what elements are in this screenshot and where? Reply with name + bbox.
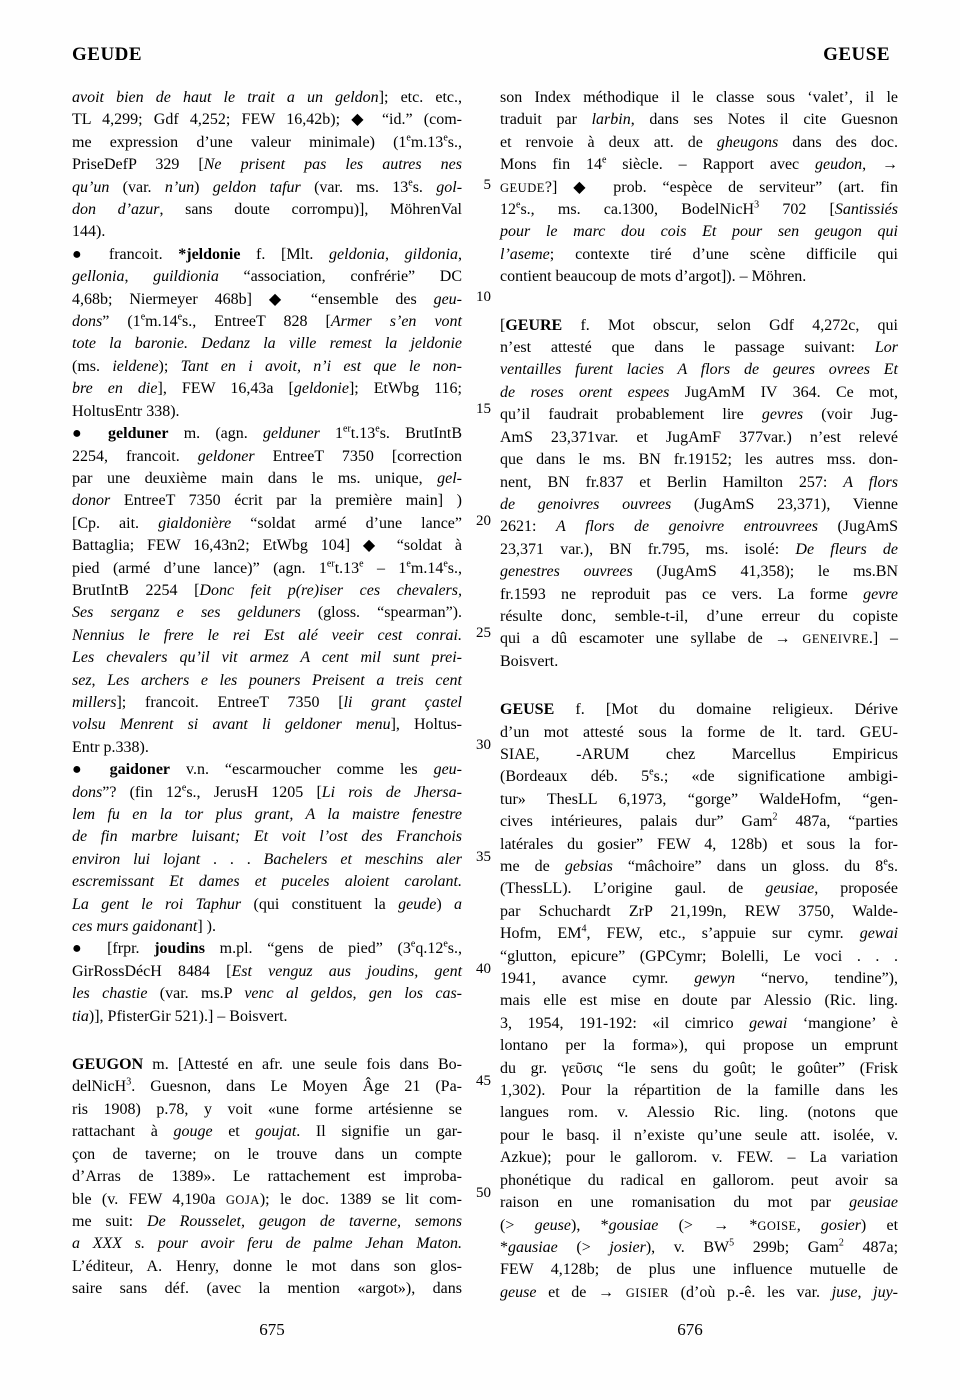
text-line: 1941, avance cymr. gewyn “nervo, tendine… [500,968,898,990]
text-line: (Bordeaux déb. 5es.; «de significatione … [500,766,898,788]
text-line: genestres ouvrees (JugAmS 41,358); le ms… [500,561,898,583]
geugon-entry: GEUGON m. [Attesté en afr. une seule foi… [72,1054,462,1300]
text-line: 4,68b; Niermeyer 468b] ◆ “ensemble des g… [72,289,462,311]
text-line: me suit: De Rousselet, geugon de taverne… [72,1211,462,1233]
text-line: escremissant Et dames et puceles aloient… [72,871,462,893]
text-line: GEUDE?] ◆ prob. “espèce de serviteur” (a… [500,177,898,199]
text-line: Mons fin 14e siècle. – Rapport avec geud… [500,154,898,176]
running-head-left: GEUDE [72,44,142,66]
text-line: 1,302). Pour la répartition de la famill… [500,1080,898,1102]
joudins-subentry: ● [frpr. joudins m.pl. “gens de pied” (3… [72,938,462,1028]
gutter-line-number: 30 [476,737,491,754]
text-line: lem fu en la tor plus grant, A la maistr… [72,804,462,826]
text-line: saire sans déf. (avec la mention «argot»… [72,1278,462,1300]
text-line: Hofm, EM4, FEW, etc., s’appuie sur cymr.… [500,923,898,945]
text-line: sez, Les archers e les pouners Preisent … [72,670,462,692]
gutter-line-number: 40 [476,961,491,978]
gelduner-subentry: ● gelduner m. (agn. gelduner 1ert.13es. … [72,423,462,759]
text-line: de genoivres ouvrees (JugAmS 23,371), Vi… [500,494,898,516]
text-line: HoltusEntr 338). [72,401,462,423]
text-line: bre en die], FEW 16,43a [geldonie]; EtWb… [72,378,462,400]
text-line: Boisvert. [500,651,898,673]
text-line: 2621: A flors de genoivre entrouvrees (J… [500,516,898,538]
line-number-gutter: 5101520253035404550 [452,0,491,1400]
text-line: BrutIntB 2254 [Donc feit p(re)iser ces c… [72,580,462,602]
text-line: delNicH3. Guesnon, dans Le Moyen Âge 21 … [72,1076,462,1098]
text-line: d’Arras de 1389». Le rattachement est im… [72,1166,462,1188]
text-line: me de gebsias “mâchoire” dans un gloss. … [500,856,898,878]
geure-entry: [GEURE f. Mot obscur, selon Gdf 4,272c, … [500,315,898,674]
text-line: tur» ThesLL 6,1973, “gorge” WaldeHofm, “… [500,789,898,811]
text-line: tote la baronie. Dedanz la ville remest … [72,333,462,355]
gutter-line-number: 5 [484,177,492,194]
text-line: GirRossDécH 8484 [Est venguz aus joudins… [72,961,462,983]
text-line: environ lui lojant . . . Bachelers et me… [72,849,462,871]
text-line: geuse et de → GISIER (d’où p.-ê. les var… [500,1282,898,1304]
column-left: avoit bien de haut le trait a un geldon]… [72,87,462,1301]
text-line: rattachant à gouge et goujat. Il signifi… [72,1121,462,1143]
text-line: 2254, francoit. geldoner EntreeT 7350 [c… [72,446,462,468]
gutter-line-number: 50 [476,1185,491,1202]
text-line: (ThessLL). L’origine gaul. de geusiae, p… [500,878,898,900]
text-line: ble (v. FEW 4,190a GOJA); le doc. 1389 s… [72,1189,462,1211]
text-line: langues rom. v. Alessio Ric. ling. (noto… [500,1102,898,1124]
text-line: ● gelduner m. (agn. gelduner 1ert.13es. … [72,423,462,445]
text-line: résulte donc, semble-t-il, d’une erreur … [500,606,898,628]
text-line: ces murs gaidonant] ). [72,916,462,938]
text-line: par une deuxième main dans le ms. unique… [72,468,462,490]
text-line: fr.1593 ne reproduit pas ce vers. La for… [500,584,898,606]
text-line: don d’azur, sans doute corrompu)], Möhre… [72,199,462,221]
text-line: (> geuse), *gousiae (> → *GOISE, gosier)… [500,1215,898,1237]
text-line: ris 1908) p.78, y voit «une forme artési… [72,1099,462,1121]
text-line: tia)], PfisterGir 521).] – Boisvert. [72,1006,462,1028]
running-head-right: GEUSE [823,44,890,66]
geugon-entry-continuation: son Index méthodique il le classe sous ‘… [500,87,898,289]
text-line: FEW 4,128b; de plus une influence mutuel… [500,1259,898,1281]
text-line: que dans le ms. BN fr.19152; les autres … [500,449,898,471]
text-line: pour le marc dou cois Et pour sen geugon… [500,221,898,243]
text-line: et renvoie à deux att. de gheugons dans … [500,132,898,154]
text-line: 23,371 var.), BN fr.795, ms. isolé: De f… [500,539,898,561]
column-right: son Index méthodique il le classe sous ‘… [500,87,898,1304]
text-line: Ses serganz e ses gelduners (gloss. “spe… [72,602,462,624]
text-line: ● gaidoner v.n. “escarmoucher comme les … [72,759,462,781]
text-line: Battaglia; FEW 16,43n2; EtWbg 104] ◆ “so… [72,535,462,557]
text-line: donor EntreeT 7350 écrit par la première… [72,490,462,512]
gutter-line-number: 25 [476,625,491,642]
page-number-right: 676 [658,1320,722,1340]
text-line: 3, 1954, 191-192: «il cimrico gewai ‘man… [500,1013,898,1035]
text-line: qu’un (var. n’un) geldon tafur (var. ms.… [72,177,462,199]
text-line: d’un mot attesté sous la forme de lt. ta… [500,722,898,744]
text-line: son Index méthodique il le classe sous ‘… [500,87,898,109]
text-line: L’éditeur, A. Henry, donne le mot dans s… [72,1256,462,1278]
text-line: dons”? (fin 12es., JerusH 1205 [Li rois … [72,782,462,804]
text-line: ventailles furent lacies A flors de geur… [500,359,898,381]
text-line: avoit bien de haut le trait a un geldon]… [72,87,462,109]
text-line: dons” (1em.14es., EntreeT 828 [Armer s’e… [72,311,462,333]
gaidoner-subentry: ● gaidoner v.n. “escarmoucher comme les … [72,759,462,938]
gutter-line-number: 20 [476,513,491,530]
jeldonie-subentry: ● francoit. *jeldonie f. [Mlt. geldonia,… [72,244,462,423]
geude-entry-continuation: avoit bien de haut le trait a un geldon]… [72,87,462,244]
text-line: contient beaucoup de mots d’argot]). – M… [500,266,898,288]
text-line: AmS 23,371var. et JugAmF 377var.) n’est … [500,427,898,449]
dictionary-page: GEUDE GEUSE avoit bien de haut le trait … [0,0,960,1400]
text-line: Entr p.338). [72,737,462,759]
text-line: *gausiae (> josier), v. BW5 299b; Gam2 4… [500,1237,898,1259]
gutter-line-number: 35 [476,849,491,866]
text-line: gellonia, guildionia “association, confr… [72,266,462,288]
text-line: SIAE, -ARUM chez Marcellus Empiricus [500,744,898,766]
text-line: 12es., ms. ca.1300, BodelNicH3 702 [Sant… [500,199,898,221]
text-line: qu’il faudrait probablement lire gevres … [500,404,898,426]
gutter-line-number: 10 [476,289,491,306]
text-line: de roses orent espees JugAmM IV 364. Ce … [500,382,898,404]
text-line: TL 4,299; Gdf 4,252; FEW 16,42b); ◆ “id.… [72,109,462,131]
text-line: 144). [72,221,462,243]
text-line: cives intérieures, palais dur” Gam2 487a… [500,811,898,833]
text-line: raison en une romanisation du mot par ge… [500,1192,898,1214]
text-line: (ms. ieldene); Tant en i avoit, n’i est … [72,356,462,378]
text-line: [Cp. ait. gialdonière “soldat armé d’une… [72,513,462,535]
text-line: n’est attesté que dans le passage suivan… [500,337,898,359]
text-line: [GEURE f. Mot obscur, selon Gdf 4,272c, … [500,315,898,337]
text-line: PriseDefP 329 [Ne prisent pas les autres… [72,154,462,176]
text-line: pied (armé d’une lance)” (agn. 1ert.13e … [72,558,462,580]
gutter-line-number: 15 [476,401,491,418]
text-line: volsu Menrent si avant li geldoner menu]… [72,714,462,736]
geuse-entry: GEUSE f. [Mot du domaine religieux. Déri… [500,699,898,1304]
text-line: ● [frpr. joudins m.pl. “gens de pied” (3… [72,938,462,960]
text-line: les chastie (var. ms.P venc al geldos, g… [72,983,462,1005]
text-line: mais elle est mise en doute par Alessio … [500,990,898,1012]
text-line: l’aseme; contexte tiré d’une scène diffi… [500,244,898,266]
text-line: traduit par larbin, dans ses Notes il ci… [500,109,898,131]
text-line: pour le basq. il n’existe qu’une seule a… [500,1125,898,1147]
text-line: Les chevalers qu’il vit armez A cent mil… [72,647,462,669]
text-line: “glutton, epicure” (GPCymr; Bolelli, Le … [500,946,898,968]
text-line: La gent le roi Taphur (qui constituent l… [72,894,462,916]
text-line: par Schuchardt ZrP 21,199n, REW 3750, Wa… [500,901,898,923]
text-line: GEUGON m. [Attesté en afr. une seule foi… [72,1054,462,1076]
text-line: millers]; francoit. EntreeT 7350 [li gra… [72,692,462,714]
text-line: Azkue); pour le gallorom. v. FEW. – La v… [500,1147,898,1169]
text-line: de fin marbre luisant; Et voit l’ost des… [72,826,462,848]
text-line: latérales du gosier” FEW 4, 128b) et sou… [500,834,898,856]
text-line: Nennius le frere le rei Est alé veeir ce… [72,625,462,647]
text-line: GEUSE f. [Mot du domaine religieux. Déri… [500,699,898,721]
text-line: phonétique du radical en gallorom. peut … [500,1170,898,1192]
text-line: me expression d’une valeur minimale) (1e… [72,132,462,154]
text-line: du gr. γεῦσις “le sens du goût; le goûte… [500,1058,898,1080]
text-line: lontano per la forma»), qui propose un e… [500,1035,898,1057]
text-line: ● francoit. *jeldonie f. [Mlt. geldonia,… [72,244,462,266]
text-line: nent, BN fr.837 et Berlin Hamilton 257: … [500,472,898,494]
gutter-line-number: 45 [476,1073,491,1090]
text-line: qui a dû escamoter une syllabe de → GENE… [500,628,898,650]
text-line: a XXX s. pour avoir feru de palme Jehan … [72,1233,462,1255]
page-number-left: 675 [240,1320,304,1340]
text-line: çon de taverne; on le trouve dans un com… [72,1144,462,1166]
